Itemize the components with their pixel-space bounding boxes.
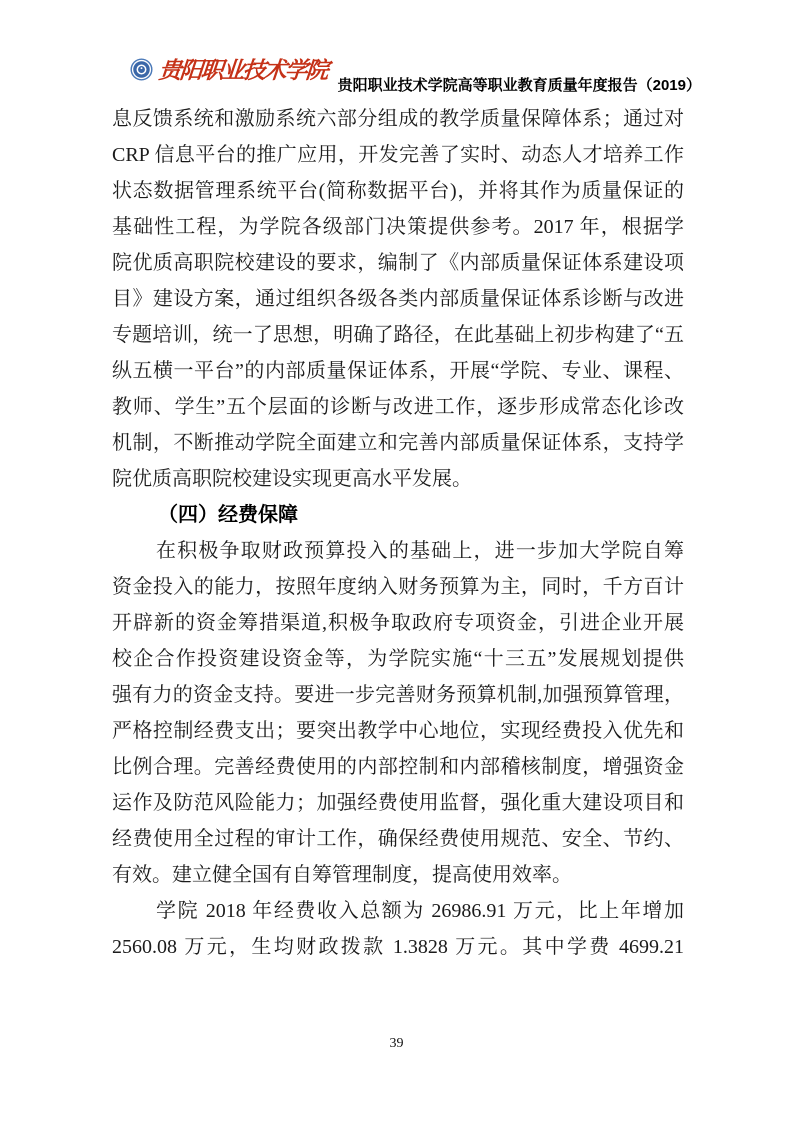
text-line: 资金投入的能力，按照年度纳入财务预算为主，同时，千方百计 [112, 569, 684, 605]
text-line: 基础性工程，为学院各级部门决策提供参考。2017 年，根据学 [112, 209, 684, 245]
text-line: 经费使用全过程的审计工作，确保经费使用规范、安全、节约、 [112, 821, 684, 857]
section-heading: （四）经费保障 [112, 497, 684, 533]
text-line: 机制，不断推动学院全面建立和完善内部质量保证体系，支持学 [112, 425, 684, 461]
text-line: CRP 信息平台的推广应用，开发完善了实时、动态人才培养工作 [112, 137, 684, 173]
text-line: 比例合理。完善经费使用的内部控制和内部稽核制度，增强资金 [112, 749, 684, 785]
text-line: 学院 2018 年经费收入总额为 26986.91 万元，比上年增加 [112, 893, 684, 929]
document-page: 贵阳职业技术学院 贵阳职业技术学院高等职业教育质量年度报告（2019） 息反馈系… [0, 0, 793, 1122]
text-line: 目》建设方案，通过组织各级各类内部质量保证体系诊断与改进 [112, 281, 684, 317]
text-line: 严格控制经费支出；要突出教学中心地位，实现经费投入优先和 [112, 713, 684, 749]
text-line: 专题培训，统一了思想，明确了路径，在此基础上初步构建了“五 [112, 317, 684, 353]
text-line: 校企合作投资建设资金等，为学院实施“十三五”发展规划提供 [112, 641, 684, 677]
document-body: 息反馈系统和激励系统六部分组成的教学质量保障体系；通过对 CRP 信息平台的推广… [112, 101, 684, 965]
text-line: 纵五横一平台”的内部质量保证体系，开展“学院、专业、课程、 [112, 353, 684, 389]
text-line: 院优质高职院校建设的要求，编制了《内部质量保证体系建设项 [112, 245, 684, 281]
college-logo-text: 贵阳职业技术学院 [158, 52, 329, 85]
text-line: 有效。建立健全国有自筹管理制度，提高使用效率。 [112, 857, 684, 893]
text-line: 强有力的资金支持。要进一步完善财务预算机制,加强预算管理， [112, 677, 684, 713]
college-seal-icon [130, 58, 153, 81]
text-line: 状态数据管理系统平台(简称数据平台)，并将其作为质量保证的 [112, 173, 684, 209]
report-title: 贵阳职业技术学院高等职业教育质量年度报告（2019） [338, 74, 701, 95]
text-line: 开辟新的资金筹措渠道,积极争取政府专项资金，引进企业开展 [112, 605, 684, 641]
text-line: 息反馈系统和激励系统六部分组成的教学质量保障体系；通过对 [112, 101, 684, 137]
text-line: 运作及防范风险能力；加强经费使用监督，强化重大建设项目和 [112, 785, 684, 821]
text-line: 在积极争取财政预算投入的基础上，进一步加大学院自筹 [112, 533, 684, 569]
text-line: 院优质高职院校建设实现更高水平发展。 [112, 461, 684, 497]
page-header: 贵阳职业技术学院 贵阳职业技术学院高等职业教育质量年度报告（2019） [0, 0, 793, 100]
page-number: 39 [0, 1036, 793, 1052]
text-line: 2560.08 万元，生均财政拨款 1.3828 万元。其中学费 4699.21 [112, 929, 684, 965]
text-line: 教师、学生”五个层面的诊断与改进工作，逐步形成常态化诊改 [112, 389, 684, 425]
